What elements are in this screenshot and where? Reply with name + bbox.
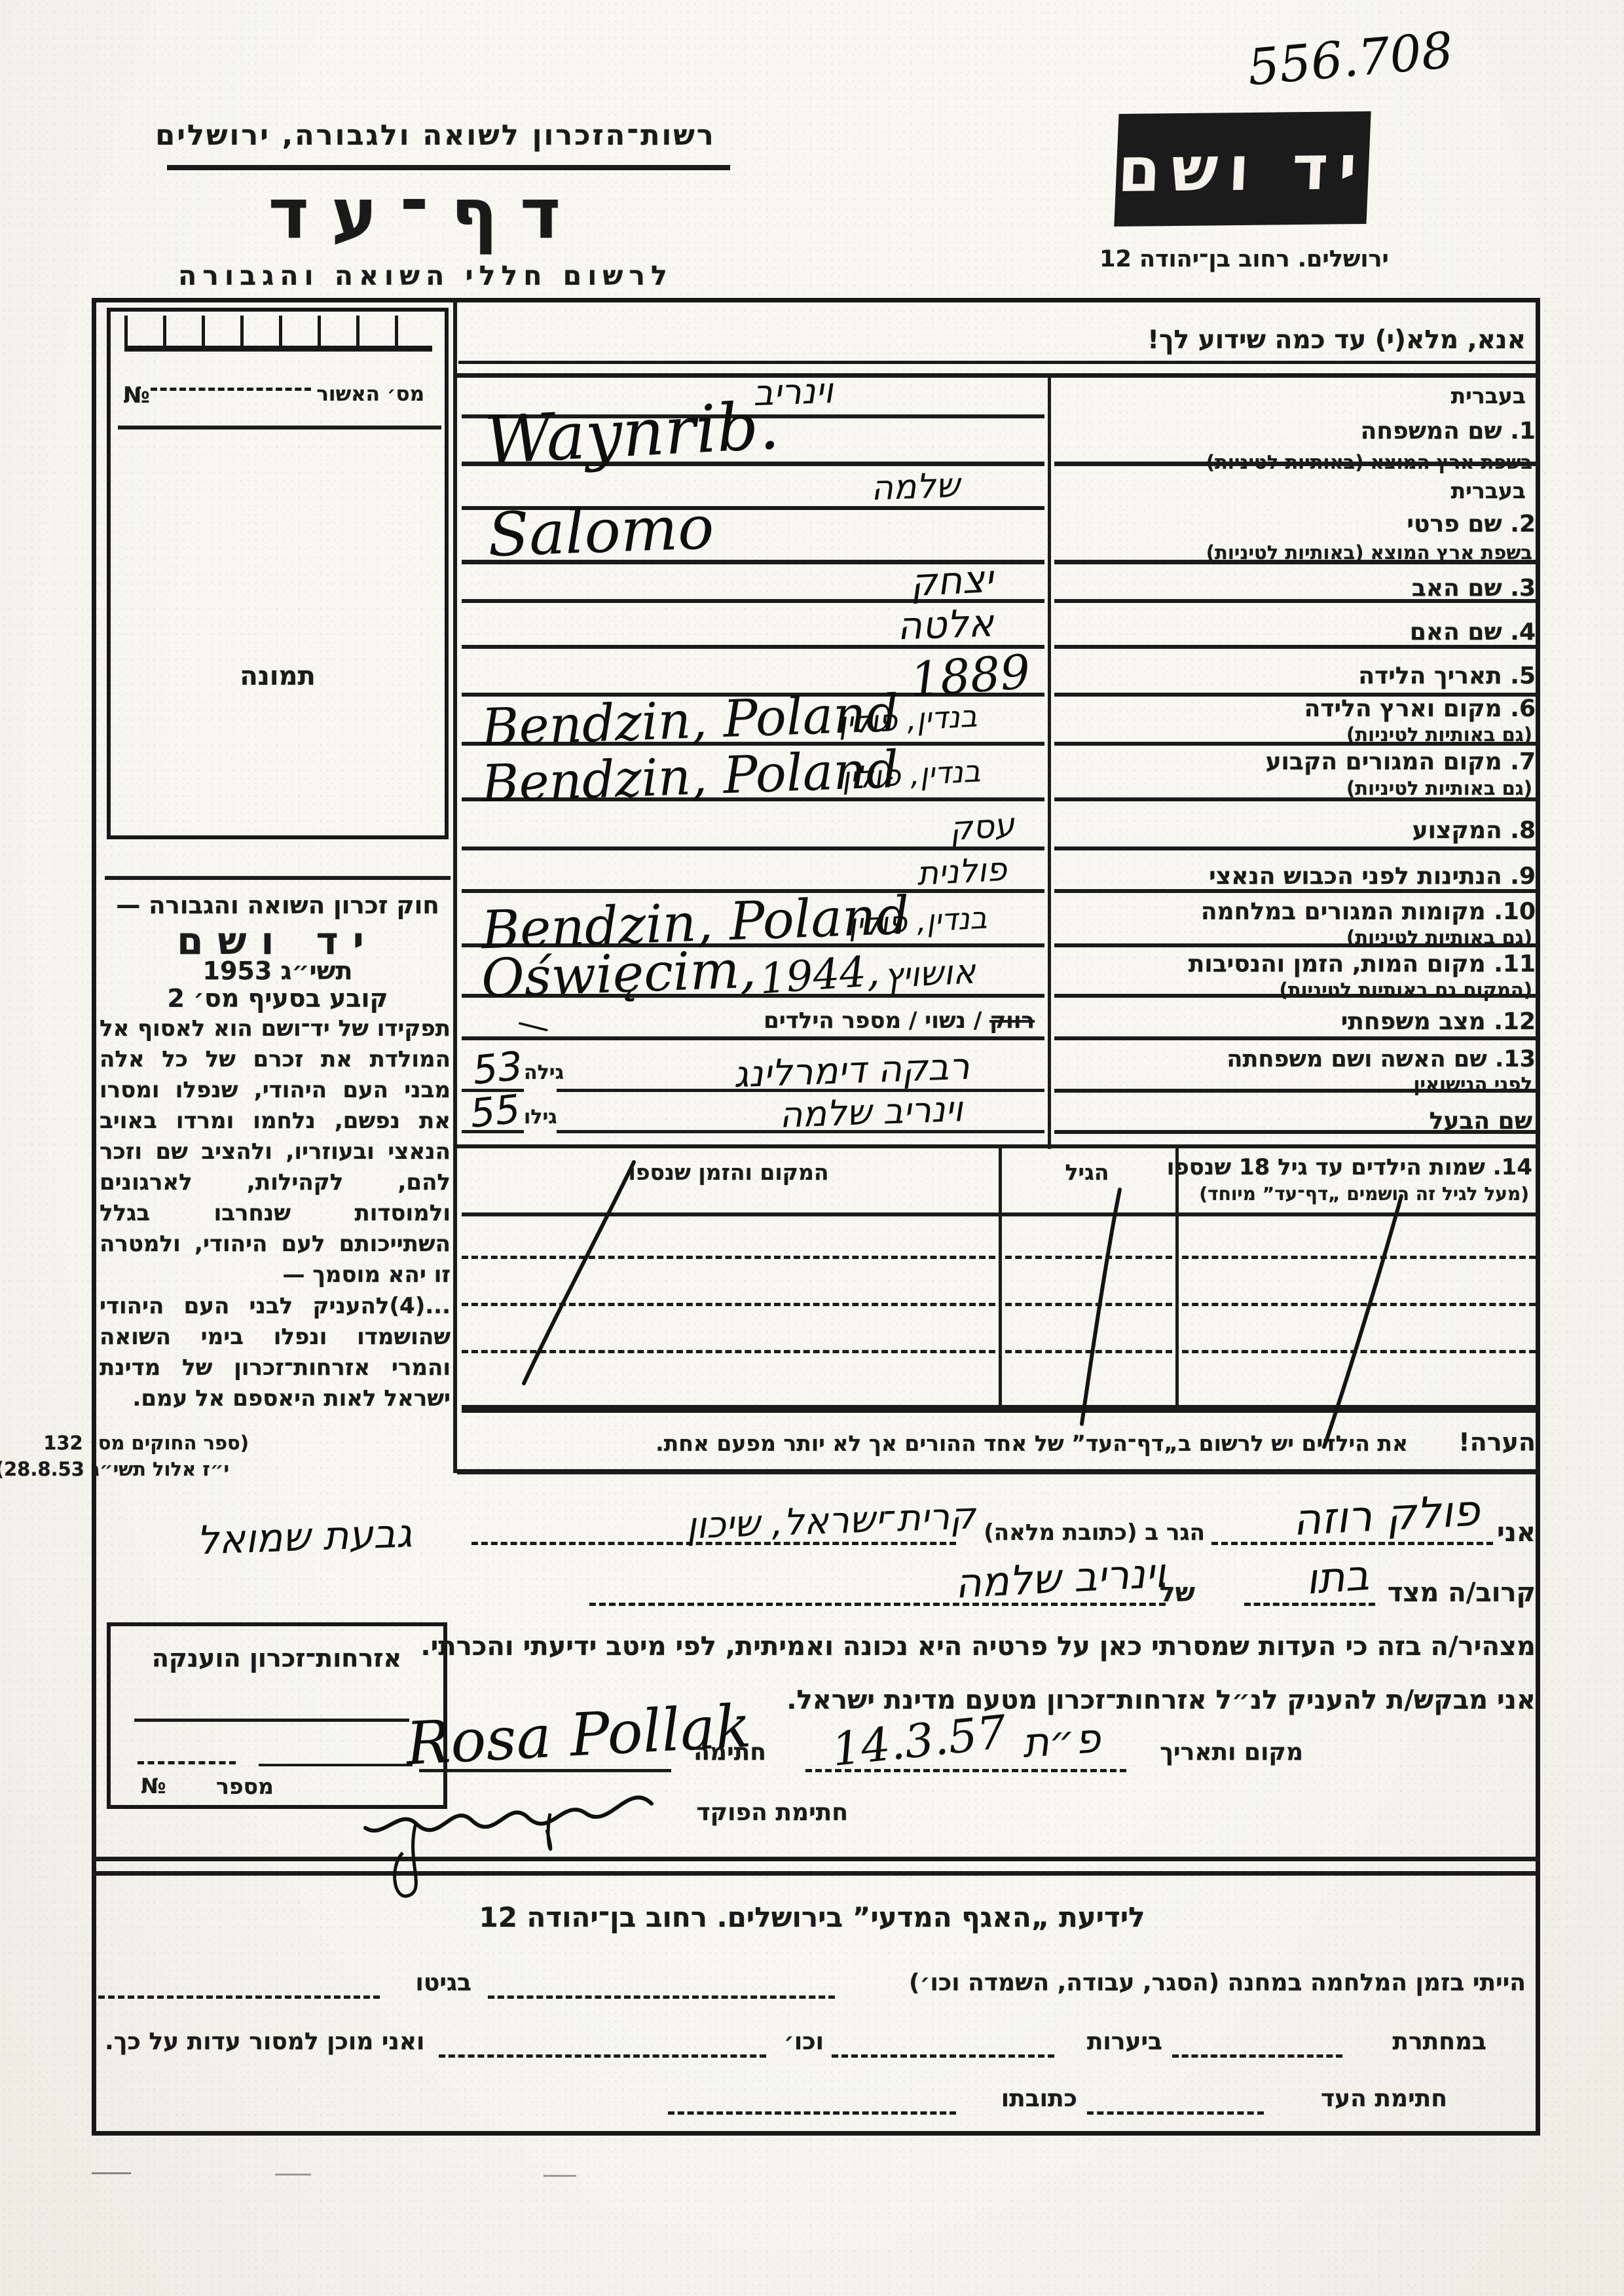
double-rule-bottom [92, 1871, 1540, 1876]
photo-box-rule [118, 426, 441, 429]
law-title: חוק זכרון השואה והגבורה — [105, 892, 451, 920]
photo-placeholder-label: תמונה [107, 661, 449, 691]
field2-answer-hebrew: שלמה [870, 469, 960, 506]
decl-of-name: וינריב שלמה [954, 1553, 1167, 1605]
husband-age-value: 55 [468, 1089, 522, 1134]
decl-i-label: אני [1497, 1518, 1536, 1548]
approval-number-blank [151, 388, 311, 391]
yad-vashem-logo-text: יד ושם [1116, 132, 1369, 206]
field5-answer: 1889 [909, 648, 1032, 704]
field12-line [462, 1036, 1044, 1040]
field2-answer-latin: Salomo [487, 498, 714, 566]
form-subtitle: לרשום חללי השואה והגבורה [151, 261, 701, 291]
field9-answer: פולנית [916, 852, 1008, 890]
decl-place-date-label: מקום ותאריך [1160, 1739, 1303, 1766]
field8-label: 8. המקצוע [1412, 817, 1536, 844]
field10-sublabel: (גם באותיות לטיניות) [1346, 927, 1532, 949]
field5-label: 5. תאריך הלידה [1358, 663, 1536, 689]
grant-no-sign: № [141, 1774, 166, 1798]
law-citation-2: י״ז אלול תשי״ג 28.8.53) [0, 1459, 229, 1480]
husband-label: שם הבעל [1430, 1108, 1532, 1135]
field1-sublabel: בשפת ארץ המוצא (באותיות לטיניות) [1206, 452, 1532, 473]
field2-hebrew-tag: בעברית [1451, 479, 1526, 503]
field4-answer: אלטה [896, 604, 994, 645]
law-top-rule [105, 876, 451, 880]
grant-title: אזרחות־זכרון הוענקה [111, 1645, 442, 1673]
scan-artifact-dash-1 [92, 2172, 131, 2174]
field9-label: 9. הנתינות לפני הכבוש הנאצי [1209, 863, 1536, 890]
field13-age-value: 53 [471, 1046, 525, 1091]
decl-address-part2: גבעת שמואל [196, 1514, 413, 1560]
field13-age-label: גילה [524, 1062, 564, 1085]
field10-answer-hebrew: בנדין, פולין [847, 902, 988, 939]
field13-answer: רבקה דימרלינג [733, 1049, 970, 1094]
bottom-forests-label: ביערות [1087, 2028, 1162, 2055]
husband-answer: וינריב שלמה [779, 1091, 963, 1133]
decl-request: אני מבקש/ת להעניק לנ״ל אזרחות־זכרון מטעם… [786, 1685, 1536, 1715]
field1-hebrew-tag: בעברית [1451, 384, 1526, 409]
scan-artifact-dash-3 [544, 2175, 576, 2177]
decl-relation-value: בתו [1304, 1555, 1370, 1601]
field7-answer-hebrew: בנדין, פולין [841, 756, 982, 793]
decl-place-value: פ״ת [1021, 1718, 1101, 1764]
field4-label: 4. שם האם [1410, 619, 1536, 646]
field10-label: 10. מקומות המגורים במלחמה [1201, 898, 1536, 925]
field2-label: 2. שם פרטי [1407, 511, 1536, 538]
husband-age-label: גילו [524, 1106, 557, 1129]
field12-label: 12. מצב משפחתי [1341, 1008, 1536, 1035]
registrar-signature-scribble [354, 1768, 668, 1899]
approval-number-label: מס׳ האשור [316, 383, 424, 407]
bottom-forests-blank [832, 2054, 1054, 2058]
law-year: תשי״ג 1953 [105, 957, 451, 986]
bottom-witness-signature-label: חתימת העד [1321, 2085, 1447, 2112]
form-title: דף־עד [183, 174, 668, 254]
field11-answer-hebrew: אושויץ [883, 955, 976, 993]
law-body-continued: ...(4)להעניק לבני העם היהודי שהושמדו ונפ… [100, 1291, 451, 1414]
decl-address-part1: קרית־ישראל, שיכון [686, 1498, 976, 1544]
form-instruction: אנא, מלא(י) עד כמה שידוע לך! [1147, 326, 1526, 355]
decl-resides-label: הגר ב (כתובת מלאה) [984, 1520, 1205, 1546]
bottom-attention-line: לידיעת „האגף המדעי” בירושלים. רחוב בן־יה… [288, 1902, 1336, 1933]
header-underline [167, 165, 730, 170]
field6-sublabel: (גם באותיות לטיניות) [1346, 724, 1532, 746]
field13-label: 13. שם האשה ושם משפחתה [1227, 1046, 1536, 1072]
decl-signature-value: Rosa Pollak [405, 1697, 752, 1774]
grant-number-line [259, 1764, 413, 1766]
field1-label: 1. שם המשפחה [1361, 418, 1536, 445]
file-number-handwritten: 556.708 [1246, 25, 1455, 92]
field11-sublabel: (המקום גם באותיות לטיניות) [1280, 979, 1532, 1001]
bottom-ghetto-label: בגיטו [416, 1969, 471, 1996]
bottom-etc-blank [439, 2054, 766, 2058]
answers-labels-divider [1048, 376, 1051, 1149]
bottom-witness-signature-blank [1087, 2111, 1264, 2115]
field11-answer-latin: Oświęcim, [481, 943, 757, 1006]
grant-number-blank [138, 1761, 236, 1764]
decl-relative-label: קרוב/ה מצד [1388, 1578, 1536, 1608]
field12-option-single: רווק [989, 1008, 1035, 1034]
field1-answer-latin: Waynrib. [483, 393, 781, 473]
bottom-etc-label: וכו׳ [784, 2028, 824, 2055]
field6-answer-hebrew: בנדין, פולין [838, 701, 978, 738]
bottom-address-blank [668, 2111, 956, 2115]
field11-label: 11. מקום המות, הזמן והנסיבות [1189, 951, 1536, 977]
field7-answer-latin: Bendzin, Poland [481, 744, 900, 810]
scan-artifact-dash-2 [275, 2174, 311, 2176]
field12-label-separator [1054, 1036, 1538, 1040]
decl-statement: מצהיר/ה בזה כי העדות שמסרתי כאן על פרטיה… [420, 1631, 1536, 1662]
field7-label: 7. מקום המגורים הקבוע [1266, 748, 1536, 775]
approval-no-sign: № [123, 383, 150, 409]
field2-sublabel: בשפת ארץ המוצא (באותיות לטיניות) [1206, 542, 1532, 564]
grant-number-label: מספר [216, 1774, 274, 1799]
field12-options: רווק / נשוי / מספר הילדים [764, 1008, 1035, 1034]
page-of-testimony-scan: 556.708 יד ושם ירושלים. רחוב בן־יהודה 12… [0, 0, 1624, 2296]
decl-witness-name: פולק רוזה [1292, 1489, 1481, 1542]
bottom-ghetto-blank [98, 1995, 380, 1999]
field8-answer: עסק [948, 809, 1015, 846]
bottom-ready-text: ואני מוכן למסור עדות על כך. [105, 2028, 424, 2055]
bottom-underground-label: במחתרת [1392, 2028, 1486, 2055]
yad-vashem-logo: יד ושם [1114, 111, 1371, 227]
intro-rule-1 [458, 361, 1539, 364]
authority-name: רשות־הזכרון לשואה ולגבורה, ירושלים [111, 120, 760, 152]
law-clause: קובע בסעיף מס׳ 2 [105, 985, 451, 1013]
index-comb-strip [124, 316, 432, 352]
main-left-border [453, 298, 457, 1473]
logo-address: ירושלים. רחוב בן־יהודה 12 [1015, 246, 1473, 272]
bottom-underground-blank [1172, 2054, 1342, 2058]
field3-label: 3. שם האב [1412, 575, 1536, 602]
bottom-camp-label: הייתי בזמן המלחמה במחנה (הסגר, עבודה, הש… [909, 1969, 1526, 1996]
decl-of-name-blank [589, 1603, 1166, 1606]
intro-rule-2 [457, 373, 1539, 378]
table-strikethrough-marks [458, 1149, 1539, 1476]
field3-answer: יצחק [910, 560, 994, 602]
bottom-camp-blank [488, 1995, 835, 1999]
law-citation-1: (ספר החוקים מס׳ 132 [43, 1432, 249, 1454]
field12-options-rest: / נשוי / מספר הילדים [764, 1008, 989, 1034]
bottom-address-label: כתובתו [1001, 2085, 1077, 2112]
field7-sublabel: (גם באותיות לטיניות) [1346, 778, 1532, 799]
field13-sublabel: לפני הנישואין [1413, 1074, 1532, 1095]
decl-registrar-label: חתימת הפוקד [696, 1799, 848, 1826]
field8-label-separator [1054, 847, 1538, 850]
law-body: תפקידו של יד־ושם הוא לאסוף אל המולדת את … [100, 1013, 451, 1290]
double-rule-top [92, 1857, 1540, 1861]
field6-label: 6. מקום וארץ הלידה [1304, 695, 1536, 722]
field11-answer-year: 1944, [758, 951, 881, 1001]
grant-mid-line [134, 1719, 409, 1722]
